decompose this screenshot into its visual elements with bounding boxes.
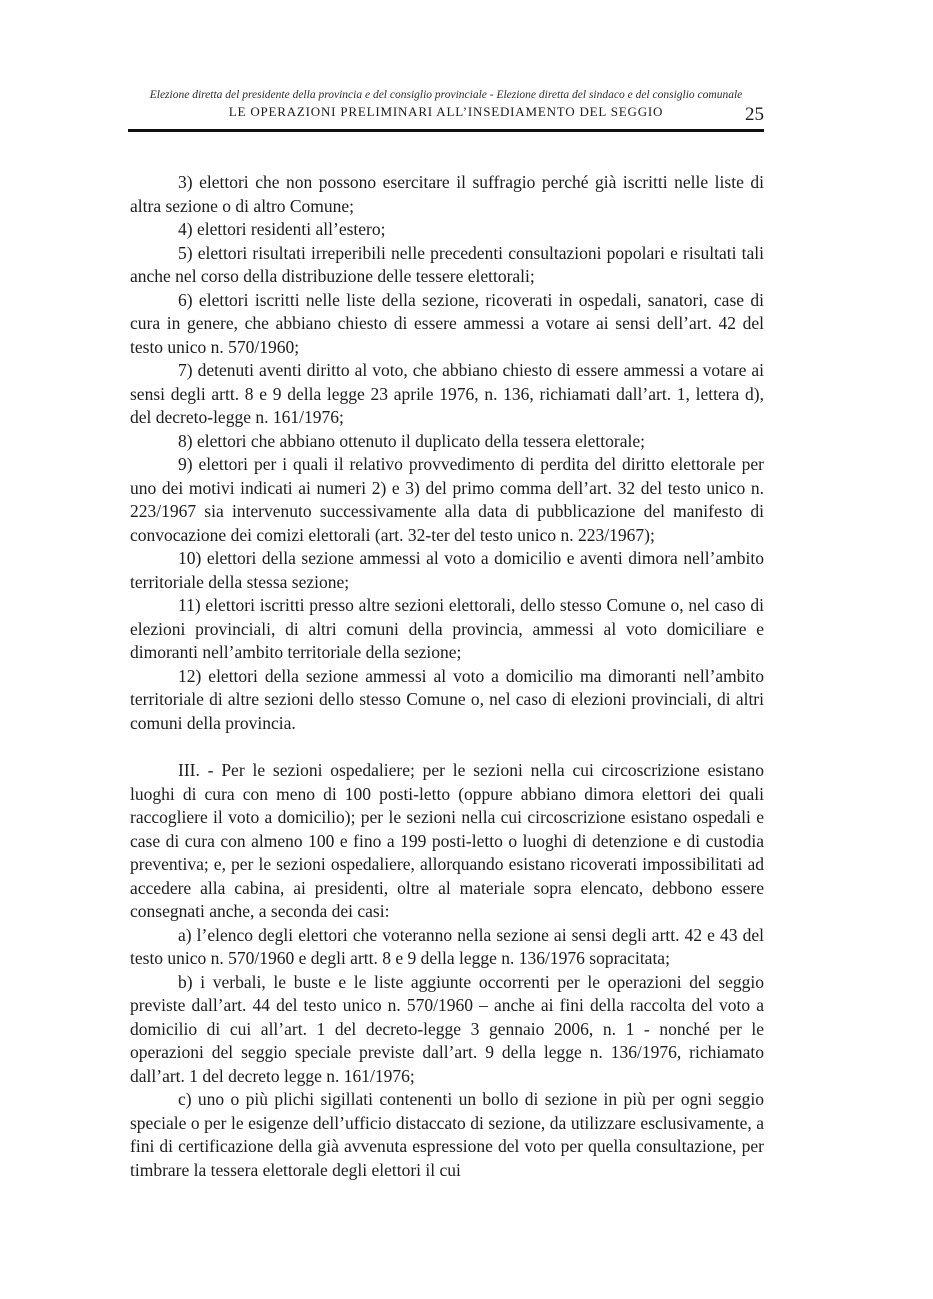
running-header: Elezione diretta del presidente della pr… [128, 88, 764, 120]
paragraph-item-6: 6) elettori iscritti nelle liste della s… [130, 289, 764, 360]
paragraph-item-11: 11) elettori iscritti presso altre sezio… [130, 594, 764, 665]
paragraph-item-7: 7) detenuti aventi diritto al voto, che … [130, 359, 764, 430]
paragraph-item-8: 8) elettori che abbiano ottenuto il dupl… [130, 430, 764, 454]
paragraph-letter-b: b) i verbali, le buste e le liste aggiun… [130, 971, 764, 1089]
document-page: Elezione diretta del presidente della pr… [0, 0, 933, 1299]
page-body: 3) elettori che non possono esercitare i… [130, 171, 764, 1182]
paragraph-item-10: 10) elettori della sezione ammessi al vo… [130, 547, 764, 594]
paragraph-letter-a: a) l’elenco degli elettori che voteranno… [130, 924, 764, 971]
header-rule [128, 129, 764, 132]
running-header-title: LE OPERAZIONI PRELIMINARI ALL’INSEDIAMEN… [128, 103, 764, 120]
running-header-subtitle: Elezione diretta del presidente della pr… [128, 88, 764, 102]
paragraph-item-9: 9) elettori per i quali il relativo prov… [130, 453, 764, 547]
page-number: 25 [745, 104, 764, 126]
paragraph-item-3: 3) elettori che non possono esercitare i… [130, 171, 764, 218]
paragraph-section-iii: III. - Per le sezioni ospedaliere; per l… [130, 759, 764, 924]
paragraph-letter-c: c) uno o più plichi sigillati contenenti… [130, 1088, 764, 1182]
paragraph-item-5: 5) elettori risultati irreperibili nelle… [130, 242, 764, 289]
paragraph-item-12: 12) elettori della sezione ammessi al vo… [130, 665, 764, 736]
paragraph-item-4: 4) elettori residenti all’estero; [130, 218, 764, 242]
